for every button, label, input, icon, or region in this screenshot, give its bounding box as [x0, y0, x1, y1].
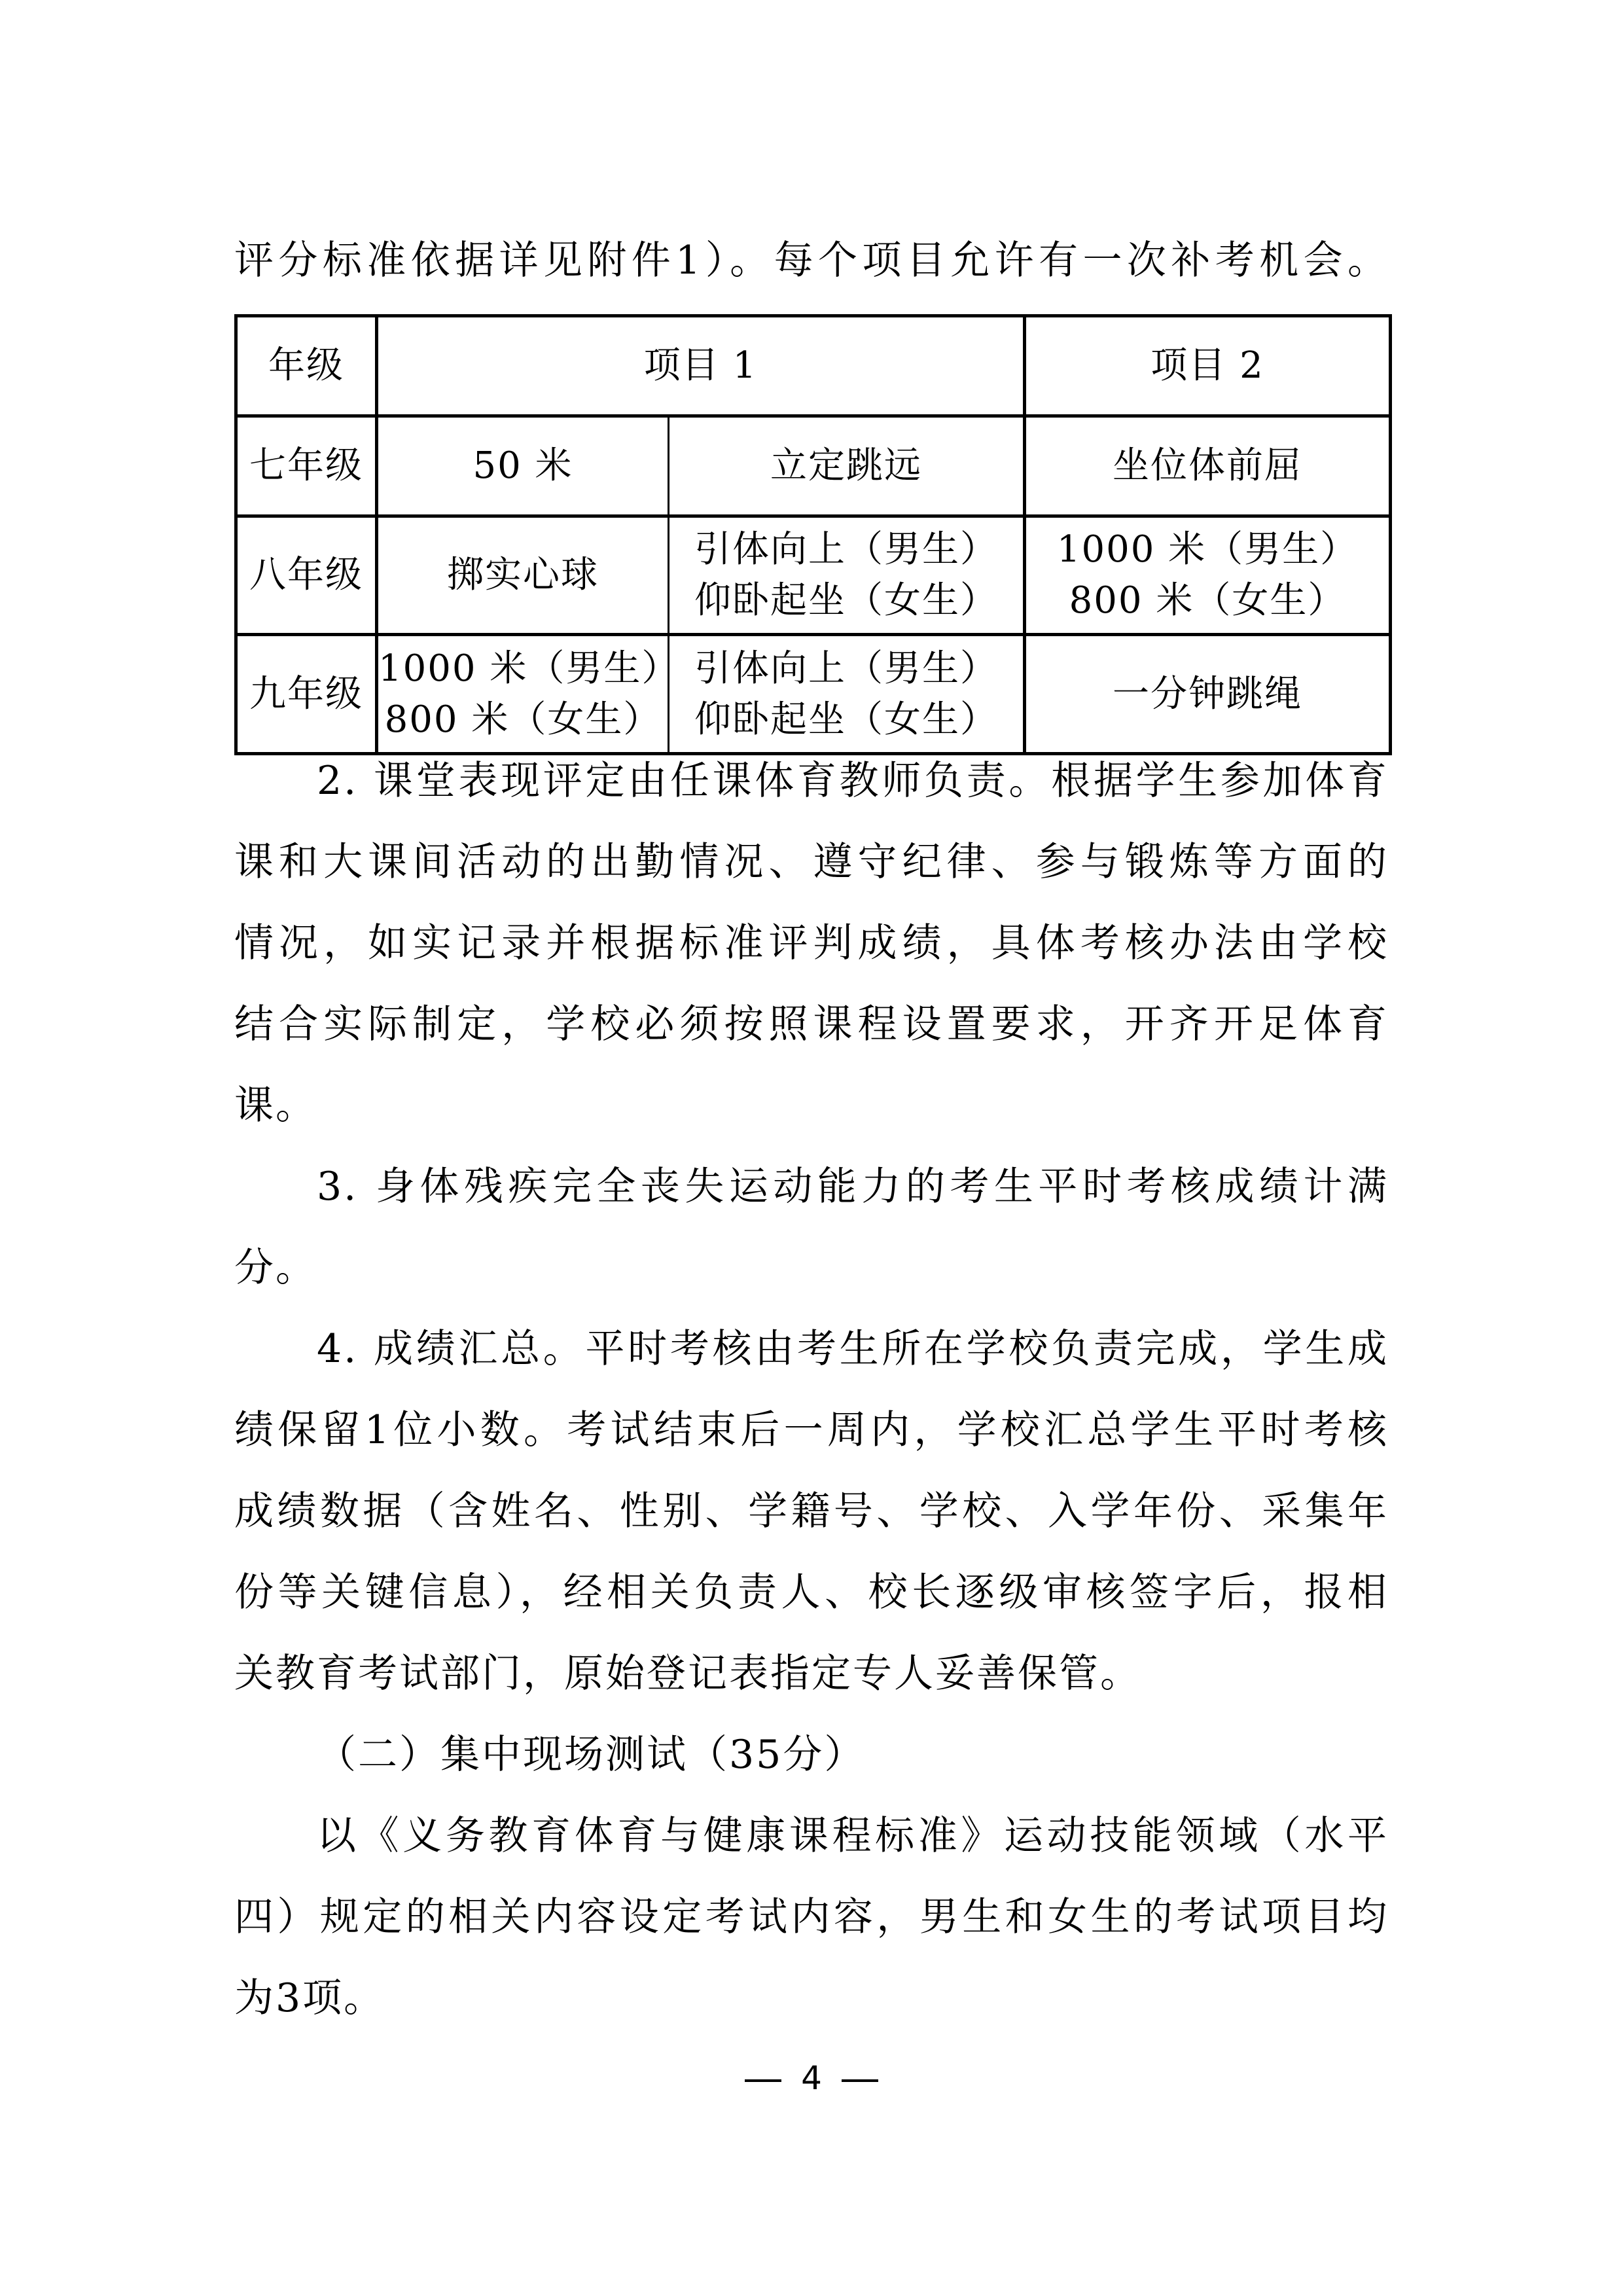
cell-text: 引体向上（男生） — [669, 524, 1023, 575]
section-heading: （二）集中现场测试（35分） — [317, 1729, 1471, 1781]
cell-text: 800 米（女生） — [1026, 575, 1389, 626]
item1a-cell: 50 米 — [377, 416, 669, 516]
paragraph-line: 分。 — [234, 1242, 1389, 1294]
paragraph-line: 课。 — [234, 1079, 1389, 1132]
cell-text: 仰卧起坐（女生） — [669, 575, 1023, 626]
paragraph-line: 为3项。 — [234, 1972, 1389, 2024]
item2-cell: 坐位体前屈 — [1025, 416, 1391, 516]
item1b-cell: 引体向上（男生）仰卧起坐（女生） — [669, 516, 1025, 635]
paragraph-line: 4. 成绩汇总。平时考核由考生所在学校负责完成，学生成 — [317, 1323, 1389, 1375]
paragraph-line: 2. 课堂表现评定由任课体育教师负责。根据学生参加体育 — [317, 755, 1389, 807]
header-item1: 项目 1 — [377, 316, 1025, 416]
item1a-cell: 1000 米（男生）800 米（女生） — [377, 635, 669, 754]
paragraph-line: 关教育考试部门，原始登记表指定专人妥善保管。 — [234, 1647, 1389, 1700]
paragraph-line: 绩保留1位小数。考试结束后一周内，学校汇总学生平时考核 — [234, 1404, 1389, 1456]
cell-text: 掷实心球 — [378, 550, 668, 601]
paragraph-line: 结合实际制定，学校必须按照课程设置要求，开齐开足体育 — [234, 998, 1389, 1050]
intro-line: 评分标准依据详见附件1）。每个项目允许有一次补考机会。 — [234, 234, 1389, 287]
cell-text: 立定跳远 — [669, 440, 1023, 492]
paragraph-line: 课和大课间活动的出勤情况、遵守纪律、参与锻炼等方面的 — [234, 836, 1389, 888]
cell-text: 仰卧起坐（女生） — [669, 694, 1023, 745]
grade-cell: 七年级 — [236, 416, 377, 516]
paragraph-line: 四）规定的相关内容设定考试内容，男生和女生的考试项目均 — [234, 1891, 1389, 1943]
exam-items-table: 年级 项目 1 项目 2 七年级 50 米 立定跳远 坐位体前屈 八年级 掷实心… — [234, 314, 1392, 755]
page-number: 4 — [801, 2059, 822, 2097]
cell-text: 50 米 — [378, 440, 668, 492]
cell-text: 1000 米（男生） — [1026, 524, 1389, 575]
item2-cell: 一分钟跳绳 — [1025, 635, 1391, 754]
paragraph-line: 以《义务教育体育与健康课程标准》运动技能领域（水平 — [317, 1810, 1389, 1862]
item1b-cell: 引体向上（男生）仰卧起坐（女生） — [669, 635, 1025, 754]
table-row: 九年级 1000 米（男生）800 米（女生） 引体向上（男生）仰卧起坐（女生）… — [236, 635, 1391, 754]
paragraph-line: 份等关键信息），经相关负责人、校长逐级审核签字后，报相 — [234, 1566, 1389, 1619]
item1a-cell: 掷实心球 — [377, 516, 669, 635]
page-footer: 4 — [0, 2055, 1623, 2101]
header-item2: 项目 2 — [1025, 316, 1391, 416]
cell-text: 坐位体前屈 — [1026, 440, 1389, 492]
item1b-cell: 立定跳远 — [669, 416, 1025, 516]
table-header-row: 年级 项目 1 项目 2 — [236, 316, 1391, 416]
paragraph-line: 成绩数据（含姓名、性别、学籍号、学校、入学年份、采集年 — [234, 1485, 1389, 1537]
table-row: 八年级 掷实心球 引体向上（男生）仰卧起坐（女生） 1000 米（男生）800 … — [236, 516, 1391, 635]
cell-text: 一分钟跳绳 — [1026, 669, 1389, 720]
grade-cell: 八年级 — [236, 516, 377, 635]
item2-cell: 1000 米（男生）800 米（女生） — [1025, 516, 1391, 635]
cell-text: 1000 米（男生） — [378, 643, 668, 694]
dash-left — [745, 2079, 781, 2082]
header-grade: 年级 — [236, 316, 377, 416]
paragraph-line: 3. 身体残疾完全丧失运动能力的考生平时考核成绩计满 — [317, 1160, 1389, 1213]
cell-text: 引体向上（男生） — [669, 643, 1023, 694]
table-row: 七年级 50 米 立定跳远 坐位体前屈 — [236, 416, 1391, 516]
cell-text: 800 米（女生） — [378, 694, 668, 745]
grade-cell: 九年级 — [236, 635, 377, 754]
paragraph-line: 情况，如实记录并根据标准评判成绩，具体考核办法由学校 — [234, 917, 1389, 969]
dash-right — [842, 2079, 878, 2082]
